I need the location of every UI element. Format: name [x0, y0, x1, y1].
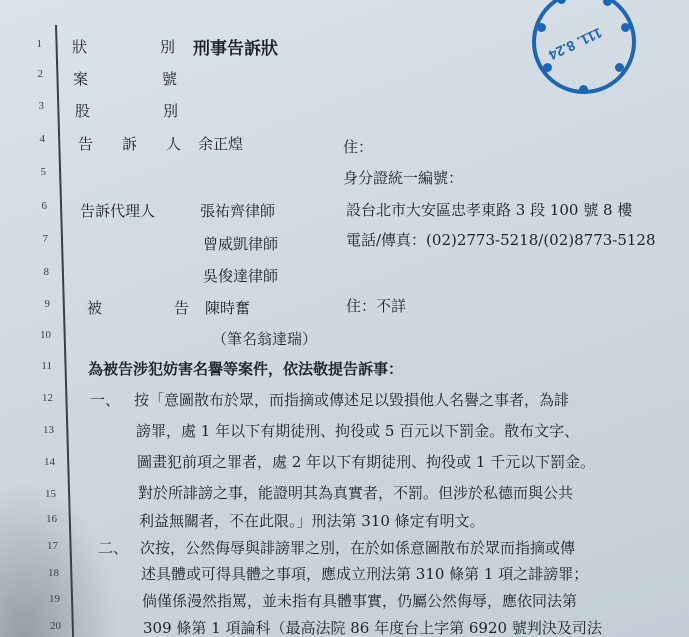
row3-label-b: 別 — [163, 100, 178, 121]
agent-address: 設台北市大安區忠孝東路 3 段 100 號 8 樓 — [346, 199, 632, 220]
complainant-name: 余正煌 — [198, 133, 243, 154]
line-number: 7 — [24, 233, 48, 245]
line-number: 18 — [35, 567, 59, 579]
stamp-ornament-icon — [537, 23, 546, 32]
agent-label: 告訴代理人 — [80, 200, 155, 221]
defendant-name: 陳時奮 — [205, 297, 250, 318]
line-number: 3 — [20, 100, 44, 112]
stamp-ornament-icon — [579, 85, 588, 94]
line-number: 19 — [36, 593, 60, 605]
line-number: 12 — [29, 392, 53, 404]
agent-name-3: 吳俊達律師 — [203, 265, 278, 286]
section2-line: 倘僅係漫然指罵，並未指有具體事實，仍屬公然侮辱，應依同法第 — [142, 590, 577, 611]
section2-line: 述具體或可得具體之事項，應成立刑法第 310 條第 1 項之誹謗罪； — [141, 563, 588, 584]
stamp-ornament-icon — [557, 0, 566, 4]
defendant-address: 住：不詳 — [346, 295, 406, 316]
section2-line: 309 條第 1 項論科（最高法院 86 年度台上字第 6920 號判決及司法 — [143, 617, 602, 637]
line-number: 13 — [30, 424, 54, 436]
line-number: 6 — [23, 200, 47, 212]
row2-label-b: 號 — [162, 68, 177, 89]
section2-marker: 二、 — [98, 537, 128, 558]
section1-marker: 一、 — [90, 389, 120, 410]
stamp-ornament-icon — [621, 23, 630, 32]
row2-label-a: 案 — [73, 68, 88, 89]
complainant-address-label: 住： — [343, 136, 373, 157]
line-number: 5 — [22, 166, 46, 178]
stamp-ornament-icon — [615, 63, 624, 72]
line-number: 14 — [31, 456, 55, 468]
line-number: 16 — [33, 513, 57, 525]
section1-line: 按「意圖散布於眾，而指摘或傳述足以毀損他人名譽之事者，為誹 — [134, 389, 569, 410]
row9-label-b: 告 — [174, 297, 189, 318]
stamp-ornament-icon — [543, 63, 552, 72]
line-number: 15 — [32, 488, 56, 500]
line-number: 2 — [19, 68, 43, 80]
row3-label-a: 股 — [75, 100, 90, 121]
stamp-date: 111. 8.24 — [546, 25, 604, 64]
row1-label-b: 別 — [160, 36, 175, 57]
agent-name-2: 曾威凱律師 — [203, 233, 278, 254]
receipt-stamp: 111. 8.24 — [532, 0, 636, 94]
row4-label-a: 告 — [78, 133, 93, 154]
document-type-title: 刑事告訴狀 — [193, 34, 278, 59]
line-number: 4 — [21, 133, 45, 145]
section1-line: 圖畫犯前項之罪者，處 2 年以下有期徒刑、拘役或 1 千元以下罰金。 — [137, 451, 595, 472]
row4-label-b: 訴 — [122, 133, 137, 154]
line-number: 8 — [25, 266, 49, 278]
agent-phone: 電話/傳真：(02)2773-5218/(02)8773-5128 — [346, 229, 656, 250]
row9-label-a: 被 — [87, 297, 102, 318]
line-number: 9 — [26, 298, 50, 310]
bleed-through-text — [240, 40, 506, 60]
section1-line: 利益無關者，不在此限。」刑法第 310 條定有明文。 — [139, 510, 485, 531]
line-number: 17 — [34, 540, 58, 552]
line-number: 20 — [37, 620, 61, 632]
complainant-id-label: 身分證統一編號： — [343, 167, 463, 188]
row1-label-a: 狀 — [72, 36, 87, 57]
section1-line: 謗罪，處 1 年以下有期徒刑、拘役或 5 百元以下罰金。散布文字、 — [136, 420, 579, 441]
line-number: 10 — [27, 329, 51, 341]
line-number: 11 — [28, 360, 52, 372]
section2-line: 次按，公然侮辱與誹謗罪之別，在於如係意圖散布於眾而指摘或傳 — [140, 537, 575, 558]
defendant-pen-name: （筆名翁達瑞） — [212, 328, 317, 349]
section1-line: 對於所誹謗之事，能證明其為真實者，不罰。但涉於私德而與公共 — [138, 482, 573, 503]
row4-label-c: 人 — [166, 133, 181, 154]
agent-name-1: 張祐齊律師 — [200, 200, 275, 221]
stamp-ornament-icon — [603, 0, 612, 6]
line-number: 1 — [18, 38, 42, 50]
photo-shadow — [0, 480, 120, 637]
complaint-heading: 為被告涉犯妨害名譽等案件，依法敬提告訴事： — [88, 358, 403, 379]
